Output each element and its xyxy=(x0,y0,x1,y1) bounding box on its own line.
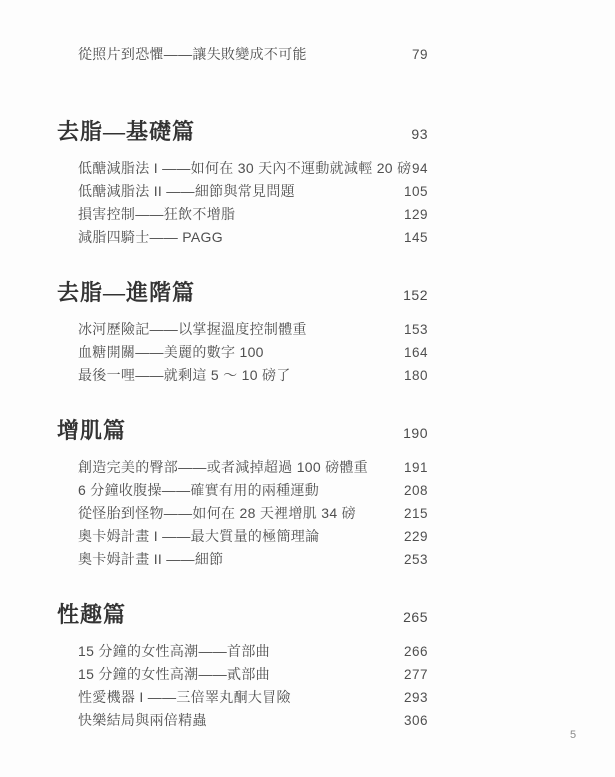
entry-title: 最後一哩——就剩這 5 ～ 10 磅了 xyxy=(78,364,291,387)
toc-entry: 奧卡姆計畫 I ——最大質量的極簡理論229 xyxy=(57,525,428,548)
toc-entry: 15 分鐘的女性高潮——首部曲266 xyxy=(57,640,428,663)
footer-page-number: 5 xyxy=(570,729,576,741)
entry-title: 15 分鐘的女性高潮——首部曲 xyxy=(78,640,270,663)
entry-title: 血糖開關——美麗的數字 100 xyxy=(78,341,264,364)
entry-page-number: 191 xyxy=(404,456,428,479)
toc-entry: 15 分鐘的女性高潮——貳部曲277 xyxy=(57,663,428,686)
toc-entry: 減脂四騎士—— PAGG145 xyxy=(57,226,428,249)
toc-entry: 冰河歷險記——以掌握溫度控制體重153 xyxy=(57,318,428,341)
entry-page-number: 180 xyxy=(404,364,428,387)
entry-page-number: 145 xyxy=(404,226,428,249)
entry-page-number: 93 xyxy=(411,119,428,149)
toc-section-header: 去脂—基礎篇93 xyxy=(57,117,428,149)
entry-page-number: 208 xyxy=(404,479,428,502)
toc-entry: 低醣減脂法 I ——如何在 30 天內不運動就減輕 20 磅94 xyxy=(57,157,428,180)
entry-title: 損害控制——狂飲不增脂 xyxy=(78,203,235,226)
entry-page-number: 306 xyxy=(404,709,428,732)
entry-page-number: 79 xyxy=(412,43,428,66)
entry-title: 從怪胎到怪物——如何在 28 天裡增肌 34 磅 xyxy=(78,502,356,525)
entry-page-number: 229 xyxy=(404,525,428,548)
entry-page-number: 215 xyxy=(404,502,428,525)
section-title: 去脂—進階篇 xyxy=(57,278,195,308)
toc-entry: 從照片到恐懼——讓失敗變成不可能79 xyxy=(57,43,428,66)
entry-page-number: 266 xyxy=(404,640,428,663)
toc-entry: 奧卡姆計畫 II ——細節253 xyxy=(57,548,428,571)
entry-page-number: 253 xyxy=(404,548,428,571)
toc-entry: 創造完美的臀部——或者減掉超過 100 磅體重191 xyxy=(57,456,428,479)
toc-entry: 快樂結局與兩倍精蟲306 xyxy=(57,709,428,732)
toc-entry: 血糖開關——美麗的數字 100164 xyxy=(57,341,428,364)
entry-page-number: 293 xyxy=(404,686,428,709)
toc-section-header: 增肌篇190 xyxy=(57,416,428,448)
entry-title: 奧卡姆計畫 II ——細節 xyxy=(78,548,223,571)
entry-title: 從照片到恐懼——讓失敗變成不可能 xyxy=(78,43,307,66)
section-title: 去脂—基礎篇 xyxy=(57,117,195,147)
entry-title: 奧卡姆計畫 I ——最大質量的極簡理論 xyxy=(78,525,319,548)
entry-page-number: 152 xyxy=(403,280,428,310)
toc-entry: 損害控制——狂飲不增脂129 xyxy=(57,203,428,226)
entry-title: 15 分鐘的女性高潮——貳部曲 xyxy=(78,663,270,686)
entry-title: 6 分鐘收腹操——確實有用的兩種運動 xyxy=(78,479,319,502)
entry-title: 低醣減脂法 II ——細節與常見問題 xyxy=(78,180,295,203)
entry-page-number: 153 xyxy=(404,318,428,341)
entry-page-number: 129 xyxy=(404,203,428,226)
entry-page-number: 265 xyxy=(403,602,428,632)
toc-entry: 最後一哩——就剩這 5 ～ 10 磅了180 xyxy=(57,364,428,387)
toc-entry: 低醣減脂法 II ——細節與常見問題105 xyxy=(57,180,428,203)
entry-title: 快樂結局與兩倍精蟲 xyxy=(78,709,207,732)
entry-title: 減脂四騎士—— PAGG xyxy=(78,226,223,249)
entry-page-number: 94 xyxy=(412,157,428,180)
entry-page-number: 277 xyxy=(404,663,428,686)
toc-entry: 6 分鐘收腹操——確實有用的兩種運動208 xyxy=(57,479,428,502)
entry-title: 冰河歷險記——以掌握溫度控制體重 xyxy=(78,318,307,341)
section-title: 性趣篇 xyxy=(57,600,126,630)
entry-title: 創造完美的臀部——或者減掉超過 100 磅體重 xyxy=(78,456,368,479)
entry-page-number: 190 xyxy=(403,418,428,448)
entry-title: 低醣減脂法 I ——如何在 30 天內不運動就減輕 20 磅 xyxy=(78,157,411,180)
toc-section-header: 去脂—進階篇152 xyxy=(57,278,428,310)
entry-page-number: 105 xyxy=(404,180,428,203)
toc-entry: 從怪胎到怪物——如何在 28 天裡增肌 34 磅215 xyxy=(57,502,428,525)
entry-page-number: 164 xyxy=(404,341,428,364)
book-toc-page: 從照片到恐懼——讓失敗變成不可能79去脂—基礎篇93低醣減脂法 I ——如何在 … xyxy=(0,0,615,777)
toc-section-header: 性趣篇265 xyxy=(57,600,428,632)
toc-entry: 性愛機器 I ——三倍睪丸酮大冒險293 xyxy=(57,686,428,709)
section-title: 增肌篇 xyxy=(57,416,126,446)
table-of-contents: 從照片到恐懼——讓失敗變成不可能79去脂—基礎篇93低醣減脂法 I ——如何在 … xyxy=(57,43,428,732)
entry-title: 性愛機器 I ——三倍睪丸酮大冒險 xyxy=(78,686,291,709)
